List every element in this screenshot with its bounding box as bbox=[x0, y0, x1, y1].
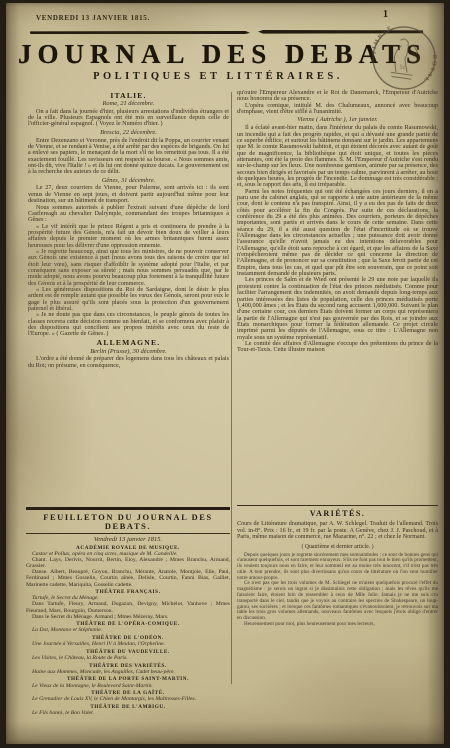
news-paragraph: « Le vif intérêt que le prince Régent a … bbox=[28, 224, 229, 249]
news-paragraph: L'opéra comique, intitulé M. des Chalume… bbox=[237, 103, 438, 116]
column-divider bbox=[231, 92, 232, 684]
scanned-newspaper-page: { "masthead": { "date_line": "VENDREDI 1… bbox=[0, 0, 450, 748]
dateline: Gênes, 31 décembre. bbox=[28, 178, 229, 184]
news-paragraph: Le comité des affaires d'Allemagne s'occ… bbox=[237, 341, 438, 354]
news-paragraph: Nous sommes autorisés à publier l'extrai… bbox=[28, 205, 229, 224]
news-paragraph: Entre Dezenzano et Veronne, près de l'en… bbox=[28, 138, 229, 176]
dateline: Brescia, 22 décembre. bbox=[28, 130, 229, 136]
masthead-rule-left bbox=[30, 31, 250, 34]
review-paragraph: Ce n'est pas que les trois volumes de M.… bbox=[237, 581, 438, 622]
show-listing: Le Fils banni, le Bon Valet. bbox=[26, 710, 230, 716]
newspaper-title: JOURNAL DES DEBATS bbox=[18, 39, 418, 70]
news-column-left: ITALIE.Rome, 21 décembre.On a fait dans … bbox=[28, 90, 229, 369]
feuilleton-title: FEUILLETON DU JOURNAL DES DEBATS. bbox=[26, 513, 230, 534]
article-note: ( Quatrième et dernier article. ) bbox=[237, 544, 438, 550]
show-listing: Le Grenadier de Louis XV, le Chien de Mo… bbox=[26, 696, 230, 702]
feuilleton-date: Vendredi 13 janvier 1815. bbox=[26, 536, 230, 543]
cast-listing: Chant. Lays, Derivis, Nourrit, Bertin, E… bbox=[26, 557, 230, 569]
svg-text:5c: 5c bbox=[399, 65, 406, 72]
dateline: Vienne ( Autriche ), 1er janvier. bbox=[237, 117, 438, 123]
review-paragraph: Heureusement pour moi, plus heureusement… bbox=[237, 622, 438, 628]
feuilleton-listings: ACADÉMIE ROYALE DE MUSIQUE.Castor et Pol… bbox=[26, 545, 230, 716]
varietes-title: VARIÉTÉS. bbox=[237, 509, 438, 518]
cast-listing: Dans Tartufe, Fleury, Armand, Dugazon, D… bbox=[26, 601, 230, 613]
feuilleton-section: FEUILLETON DU JOURNAL DES DEBATS. Vendre… bbox=[26, 507, 230, 716]
book-notice: Cours de Littérature dramatique, par A. … bbox=[237, 521, 438, 541]
revenue-stamp-icon: TIMBRE ROYAL 5c bbox=[362, 16, 446, 100]
show-listing: Une Journée à Versailles, Henri IV à Meu… bbox=[26, 641, 230, 647]
dateline: Berlin (Prusse), 30 décembre. bbox=[28, 349, 229, 355]
varietes-section: VARIÉTÉS. Cours de Littérature dramatiqu… bbox=[237, 505, 438, 628]
section-heading: ITALIE. bbox=[28, 93, 229, 99]
news-paragraph: « Je regrette beaucoup, ainsi que tous l… bbox=[28, 249, 229, 287]
masthead-date: VENDREDI 13 JANVIER 1815. bbox=[36, 14, 150, 22]
news-paragraph: Le 27, deux courriers de Vienne, pour Pa… bbox=[28, 185, 229, 204]
show-listing: Haine aux Hommes, Moncade, les Anguilles… bbox=[26, 669, 230, 675]
varietes-body: Cours de Littérature dramatique, par A. … bbox=[237, 521, 438, 628]
show-listing: Le Vieux de la Montagne, le Boulevard Sa… bbox=[26, 683, 230, 689]
cast-listing: Danse. Albert, Beaupré, Goyon, Branchu, … bbox=[26, 569, 230, 587]
news-paragraph: Parmi les notes fréquentes qui ont été é… bbox=[237, 189, 438, 278]
show-listing: Les Visites, le Château, la Route de Par… bbox=[26, 655, 230, 661]
review-paragraph: Depuis quelques jours je regrette sincèr… bbox=[237, 553, 438, 582]
news-paragraph: L'ordre a été donné de préparer des loge… bbox=[28, 356, 229, 369]
newspaper-subtitle: POLITIQUES ET LITTÉRAIRES. bbox=[18, 71, 418, 82]
news-paragraph: « Je ne doute pas que dans ces circonsta… bbox=[28, 312, 229, 337]
cast-listing: Dans le Secret du Ménage. Armand ; Mmes … bbox=[26, 614, 230, 620]
news-paragraph: Les princes de Salm et de Wied ont prése… bbox=[237, 277, 438, 340]
dateline: Rome, 21 décembre. bbox=[28, 101, 229, 107]
show-listing: La Dot, Montano et Stéphanie. bbox=[26, 627, 230, 633]
news-paragraph: Il a éclaté avant-hier matin, dans l'int… bbox=[237, 125, 438, 188]
section-heading: ALLEMAGNE. bbox=[28, 340, 229, 346]
news-column-right: qu'outre l'Empereur Alexandre et le Roi … bbox=[237, 90, 438, 354]
news-paragraph: « Les généreuses dispositions du Roi de … bbox=[28, 287, 229, 312]
news-paragraph: On a fait dans la journée d'hier, plusie… bbox=[28, 109, 229, 128]
